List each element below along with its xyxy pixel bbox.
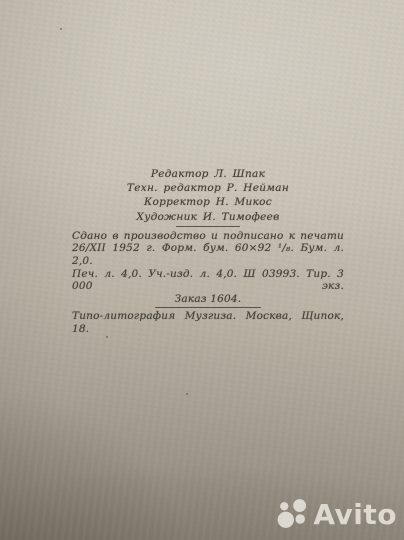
order-number-line: Заказ 1604. [72, 293, 344, 306]
avito-watermark: Avito [276, 498, 397, 531]
avito-logo-icon [276, 498, 310, 531]
colophon-artist-line: Художник И. Тимофеев [72, 210, 344, 224]
print-approval-line: Сдано в производство и подписано к печат… [72, 230, 344, 243]
colophon-text-block: Редактор Л. Шпак Техн. редактор Р. Нейма… [72, 167, 344, 336]
printer-address-line: Типо-литография Музгиза. Москва, Щипок, … [72, 310, 344, 335]
paper-speck [186, 393, 188, 395]
book-colophon-photo: Редактор Л. Шпак Техн. редактор Р. Нейма… [0, 0, 404, 540]
colophon-proofreader-line: Корректор Н. Микос [72, 195, 344, 209]
divider-rule-top [176, 226, 240, 227]
colophon-tech-editor-line: Техн. редактор Р. Нейман [72, 181, 344, 195]
print-format-line: 26/XII 1952 г. Форм. бум. 60×92 ¹/₈. Бум… [72, 242, 344, 267]
avito-watermark-label: Avito [313, 501, 397, 529]
print-run-line: Печ. л. 4,0. Уч.-изд. л. 4,0. Ш 03993. Т… [72, 268, 344, 293]
paper-speck [106, 336, 108, 338]
divider-rule-bottom [155, 307, 261, 308]
paper-speck [60, 28, 62, 30]
colophon-editor-line: Редактор Л. Шпак [72, 167, 344, 181]
